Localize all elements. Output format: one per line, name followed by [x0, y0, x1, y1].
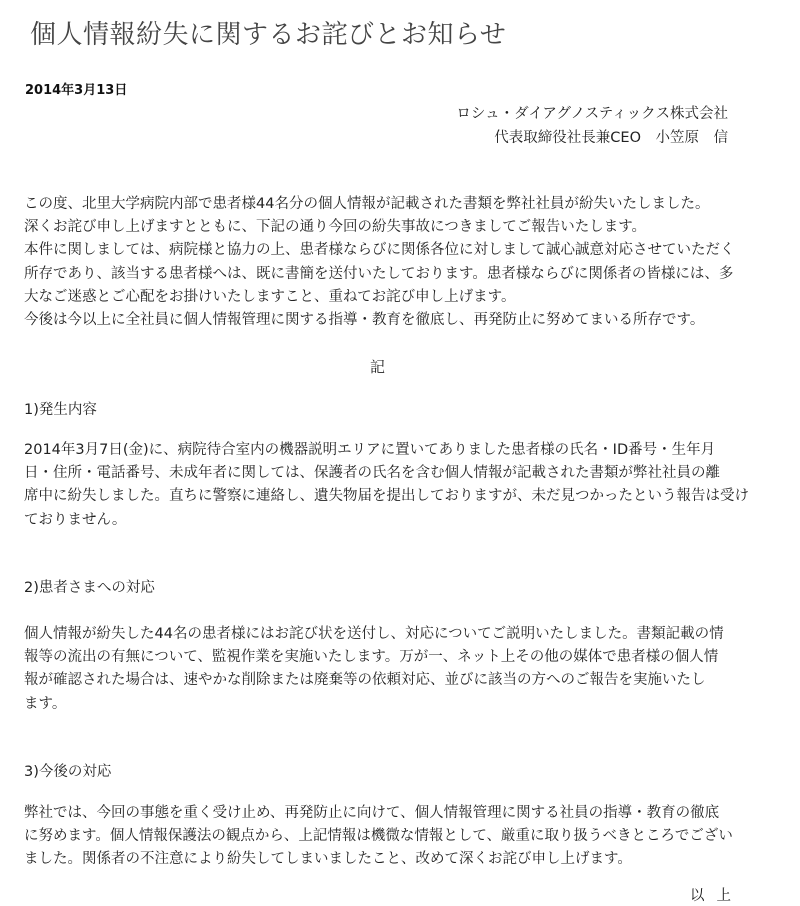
section-line: に努めます。個人情報保護法の観点から、上記情報は機微な情報として、厳重に取り扱う… [24, 825, 784, 848]
intro-line: 本件に関しましては、病院様と協力の上、患者様ならびに関係各位に対しまして誠心誠意… [24, 239, 784, 262]
section-heading-occurrence: 1)発生内容 [24, 398, 97, 419]
page-title: 個人情報紛失に関するお詫びとお知らせ [30, 14, 506, 51]
section-line: ておりません。 [24, 509, 784, 532]
section-line: 報等の流出の有無について、監視作業を実施いたします。万が一、ネット上その他の媒体… [24, 646, 784, 669]
intro-line: 深くお詫び申し上げますとともに、下記の通り今回の紛失事故につきましてご報告いたし… [24, 216, 784, 239]
section-heading-future-response: 3)今後の対応 [24, 760, 111, 781]
section-body-patient-response: 個人情報が紛失した44名の患者様にはお詫び状を送付し、対応についてご説明いたしま… [24, 623, 784, 716]
sender-person: 代表取締役社長兼CEO 小笠原 信 [456, 126, 728, 150]
sender-block: ロシュ・ダイアグノスティックス株式会社 代表取締役社長兼CEO 小笠原 信 [456, 102, 728, 150]
intro-line: 所存であり、該当する患者様へは、既に書簡を送付いたしております。患者様ならびに関… [24, 263, 784, 286]
section-body-occurrence: 2014年3月7日(金)に、病院待合室内の機器説明エリアに置いてありました患者様… [24, 439, 784, 532]
sender-company: ロシュ・ダイアグノスティックス株式会社 [456, 102, 728, 126]
section-line: 報が確認された場合は、速やかな削除または廃棄等の依頼対応、並びに該当の方へのご報… [24, 669, 784, 692]
section-line: 日・住所・電話番号、未成年者に関しては、保護者の氏名を含む個人情報が記載された書… [24, 462, 784, 485]
intro-line: 大なご迷惑とご心配をお掛けいたしますこと、重ねてお詫び申し上げます。 [24, 286, 784, 309]
intro-line: この度、北里大学病院内部で患者様44名分の個人情報が記載された書類を弊社社員が紛… [24, 193, 784, 216]
section-line: 弊社では、今回の事態を重く受け止め、再発防止に向けて、個人情報管理に関する社員の… [24, 802, 784, 825]
section-line: 席中に紛失しました。直ちに警察に連絡し、遺失物届を提出しておりますが、未だ見つか… [24, 485, 784, 508]
intro-paragraph: この度、北里大学病院内部で患者様44名分の個人情報が記載された書類を弊社社員が紛… [24, 193, 784, 332]
ki-marker: 記 [370, 356, 385, 377]
section-line: ました。関係者の不注意により紛失してしまいましたこと、改めて深くお詫び申し上げま… [24, 848, 784, 871]
section-body-future-response: 弊社では、今回の事態を重く受け止め、再発防止に向けて、個人情報管理に関する社員の… [24, 802, 784, 872]
section-line: 個人情報が紛失した44名の患者様にはお詫び状を送付し、対応についてご説明いたしま… [24, 623, 784, 646]
intro-line: 今後は今以上に全社員に個人情報管理に関する指導・教育を徹底し、再発防止に努めてま… [24, 309, 784, 332]
publish-date: 2014年3月13日 [25, 79, 127, 98]
section-line: ます。 [24, 693, 784, 716]
closing-mark: 以上 [690, 884, 743, 905]
section-line: 2014年3月7日(金)に、病院待合室内の機器説明エリアに置いてありました患者様… [24, 439, 784, 462]
section-heading-patient-response: 2)患者さまへの対応 [24, 576, 155, 597]
